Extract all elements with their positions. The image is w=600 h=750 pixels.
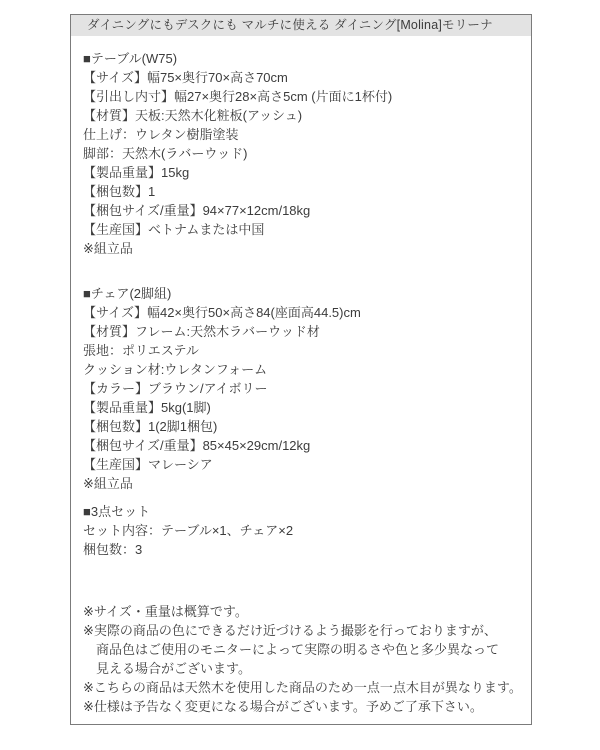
chair-package-count-line: 【梱包数】1(2脚1梱包) [83,417,517,436]
spec-body: ■テーブル(W75) 【サイズ】幅75×奥行70×高さ70cm 【引出し内寸】幅… [71,36,531,716]
section-table-heading: ■テーブル(W75) [83,49,517,68]
note-color-disclaimer-2: 商品色はご使用のモニターによって実際の明るさや色と多少異なって [83,640,517,659]
notes-block: ※サイズ・重量は概算です。 ※実際の商品の色にできるだけ近づけるよう撮影を行って… [83,602,517,716]
set-contents-line: セット内容：テーブル×1、チェア×2 [83,521,517,540]
product-spec-page: ダイニングにもデスクにも マルチに使える ダイニング[Molina]モリーナ ■… [0,0,600,750]
table-weight-line: 【製品重量】15kg [83,163,517,182]
chair-upholstery-line: 張地：ポリエステル [83,341,517,360]
table-finish-line: 仕上げ：ウレタン樹脂塗装 [83,125,517,144]
note-color-disclaimer-3: 見える場合がございます。 [83,659,517,678]
note-color-disclaimer-1: ※実際の商品の色にできるだけ近づけるよう撮影を行っておりますが、 [83,621,517,640]
table-legs-line: 脚部：天然木(ラバーウッド) [83,144,517,163]
title-bar: ダイニングにもデスクにも マルチに使える ダイニング[Molina]モリーナ [71,15,531,36]
chair-material-line: 【材質】フレーム:天然木ラバーウッド材 [83,322,517,341]
section-chair: ■チェア(2脚組) 【サイズ】幅42×奥行50×高さ84(座面高44.5)cm … [83,284,517,493]
set-package-count-line: 梱包数：3 [83,540,517,559]
table-drawer-line: 【引出し内寸】幅27×奥行28×高さ5cm (片面に1杯付) [83,87,517,106]
product-title: ダイニングにもデスクにも マルチに使える ダイニング[Molina]モリーナ [87,18,493,32]
table-assembly-note: ※組立品 [83,239,517,258]
section-table: ■テーブル(W75) 【サイズ】幅75×奥行70×高さ70cm 【引出し内寸】幅… [83,49,517,258]
table-package-size-line: 【梱包サイズ/重量】94×77×12cm/18kg [83,201,517,220]
chair-weight-line: 【製品重量】5kg(1脚) [83,398,517,417]
note-spec-change: ※仕様は予告なく変更になる場合がございます。予めご了承下さい。 [83,697,517,716]
note-size-approx: ※サイズ・重量は概算です。 [83,602,517,621]
chair-origin-line: 【生産国】マレーシア [83,455,517,474]
section-set-heading: ■3点セット [83,502,517,521]
chair-cushion-line: クッション材:ウレタンフォーム [83,360,517,379]
chair-assembly-note: ※組立品 [83,474,517,493]
chair-size-line: 【サイズ】幅42×奥行50×高さ84(座面高44.5)cm [83,303,517,322]
chair-package-size-line: 【梱包サイズ/重量】85×45×29cm/12kg [83,436,517,455]
table-package-count-line: 【梱包数】1 [83,182,517,201]
note-wood-grain: ※こちらの商品は天然木を使用した商品のため一点一点木目が異なります。 [83,678,517,697]
table-size-line: 【サイズ】幅75×奥行70×高さ70cm [83,68,517,87]
table-material-line: 【材質】天板:天然木化粧板(アッシュ) [83,106,517,125]
section-set: ■3点セット セット内容：テーブル×1、チェア×2 梱包数：3 [83,502,517,559]
spec-box: ダイニングにもデスクにも マルチに使える ダイニング[Molina]モリーナ ■… [70,14,532,725]
section-chair-heading: ■チェア(2脚組) [83,284,517,303]
chair-color-line: 【カラー】ブラウン/アイボリー [83,379,517,398]
table-origin-line: 【生産国】ベトナムまたは中国 [83,220,517,239]
